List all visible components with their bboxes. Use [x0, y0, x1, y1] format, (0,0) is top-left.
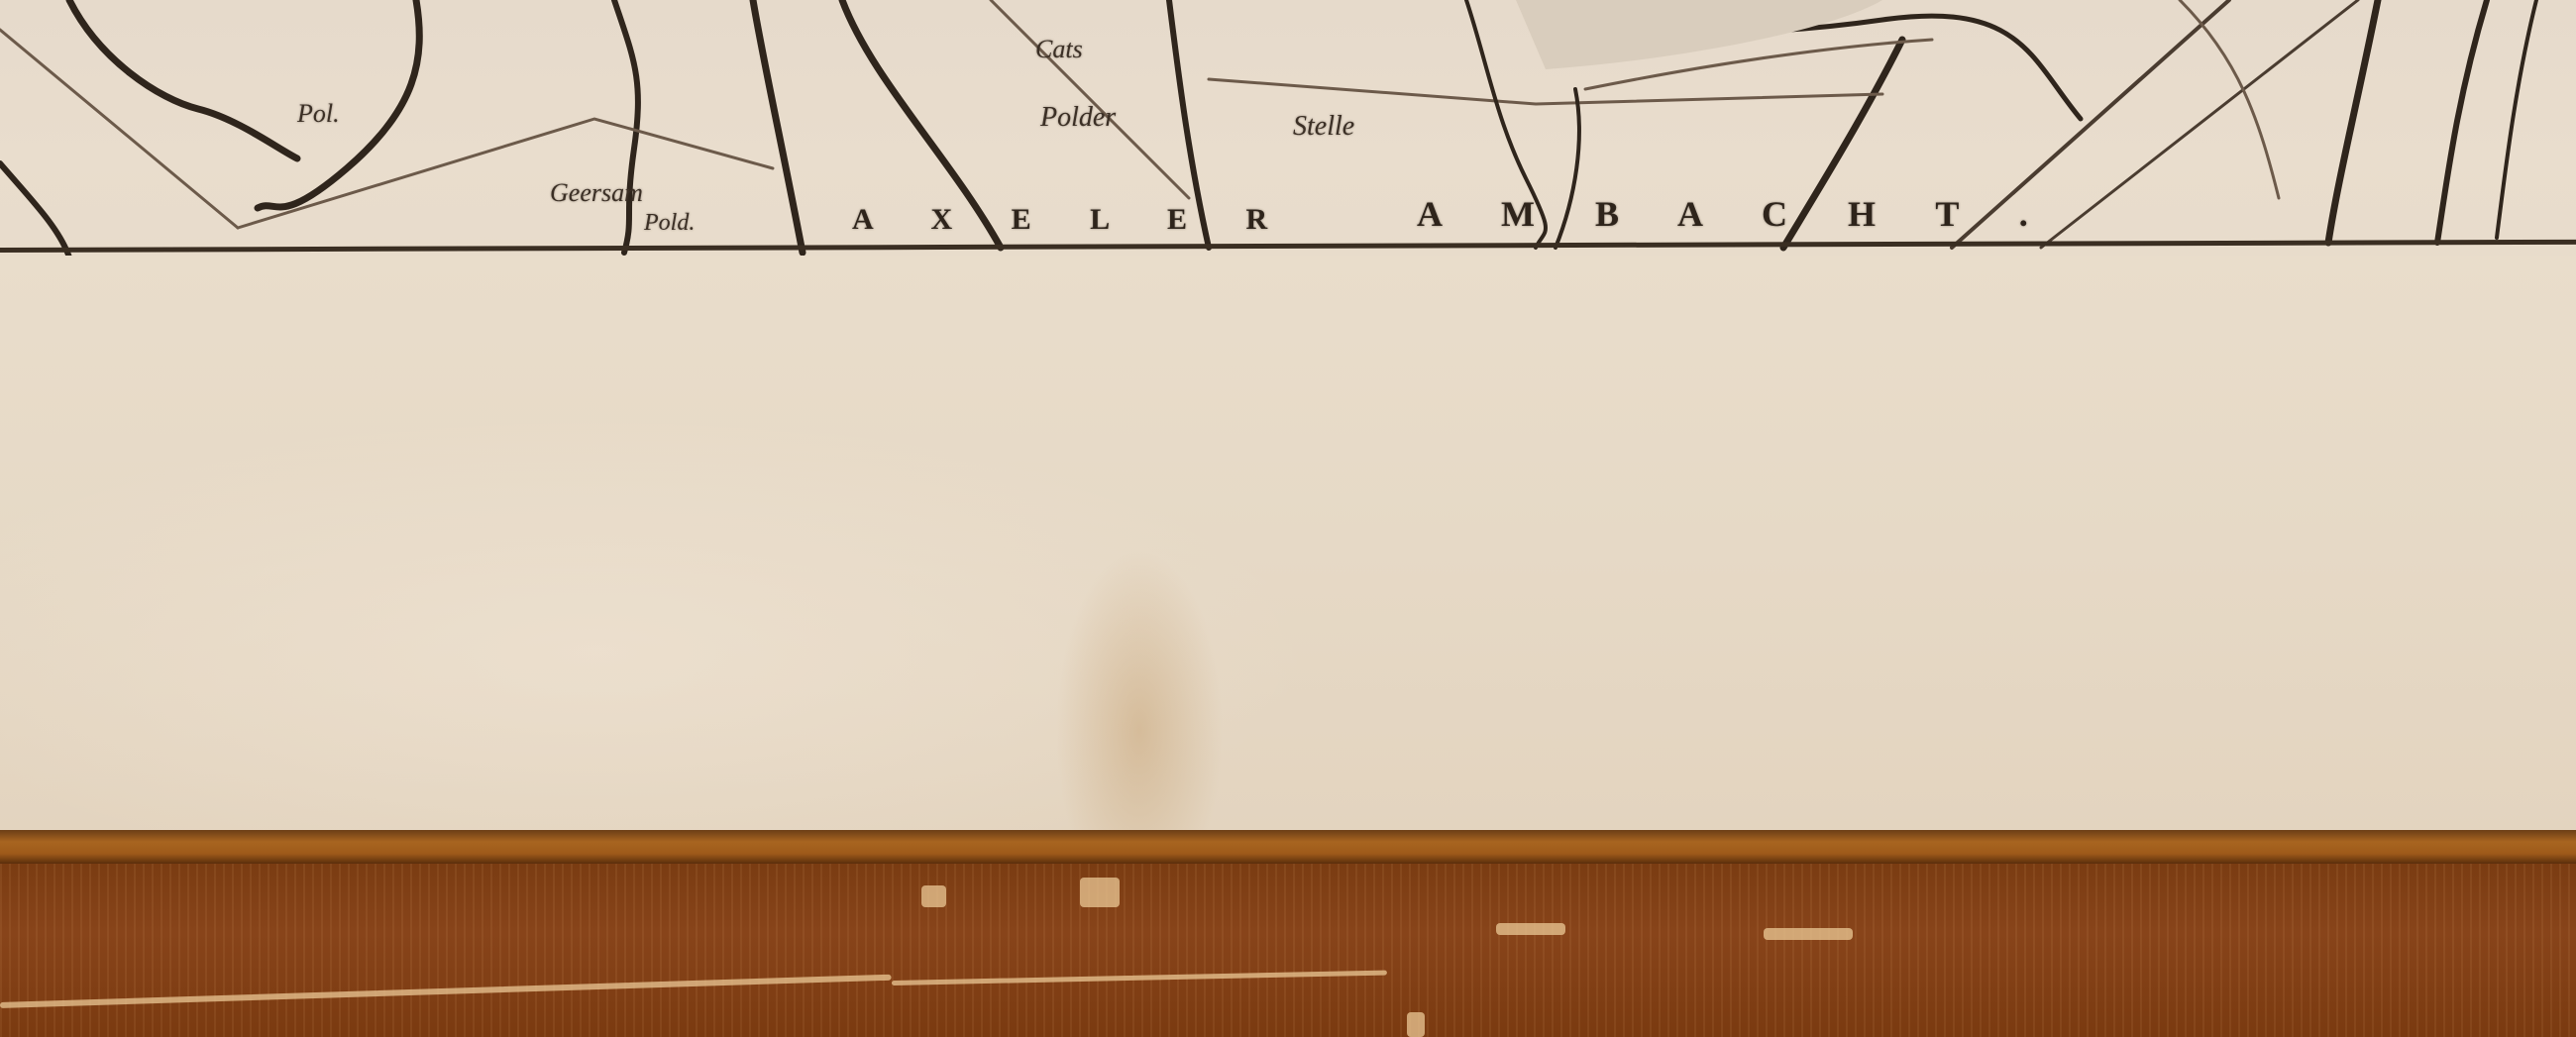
map-label-pol: Pol. — [297, 99, 340, 129]
frame-inner-lip — [0, 830, 2576, 864]
map-region-label-ambacht: A M B A C H T . — [1417, 193, 2054, 235]
frame-chip — [1764, 928, 1853, 940]
paper-margin — [0, 256, 2576, 835]
wooden-frame — [0, 864, 2576, 1037]
map-label-polder: Polder — [1040, 102, 1116, 134]
map-label-stelle: Stelle — [1293, 111, 1354, 143]
frame-chip — [1080, 878, 1120, 907]
frame-scratch — [0, 975, 892, 1008]
map-region-label-axeler: A X E L E R — [852, 203, 1293, 237]
frame-chip — [1496, 923, 1565, 935]
frame-chip — [1407, 1012, 1425, 1037]
map-label-cats: Cats — [1035, 35, 1083, 64]
map-label-geersam: Geersam — [550, 178, 643, 208]
frame-scratch — [892, 971, 1387, 985]
map-engraving: Pol. Geersam Pold. Cats Polder Stelle A … — [0, 0, 2576, 262]
frame-chip — [921, 885, 946, 907]
map-label-pold: Pold. — [644, 210, 695, 237]
